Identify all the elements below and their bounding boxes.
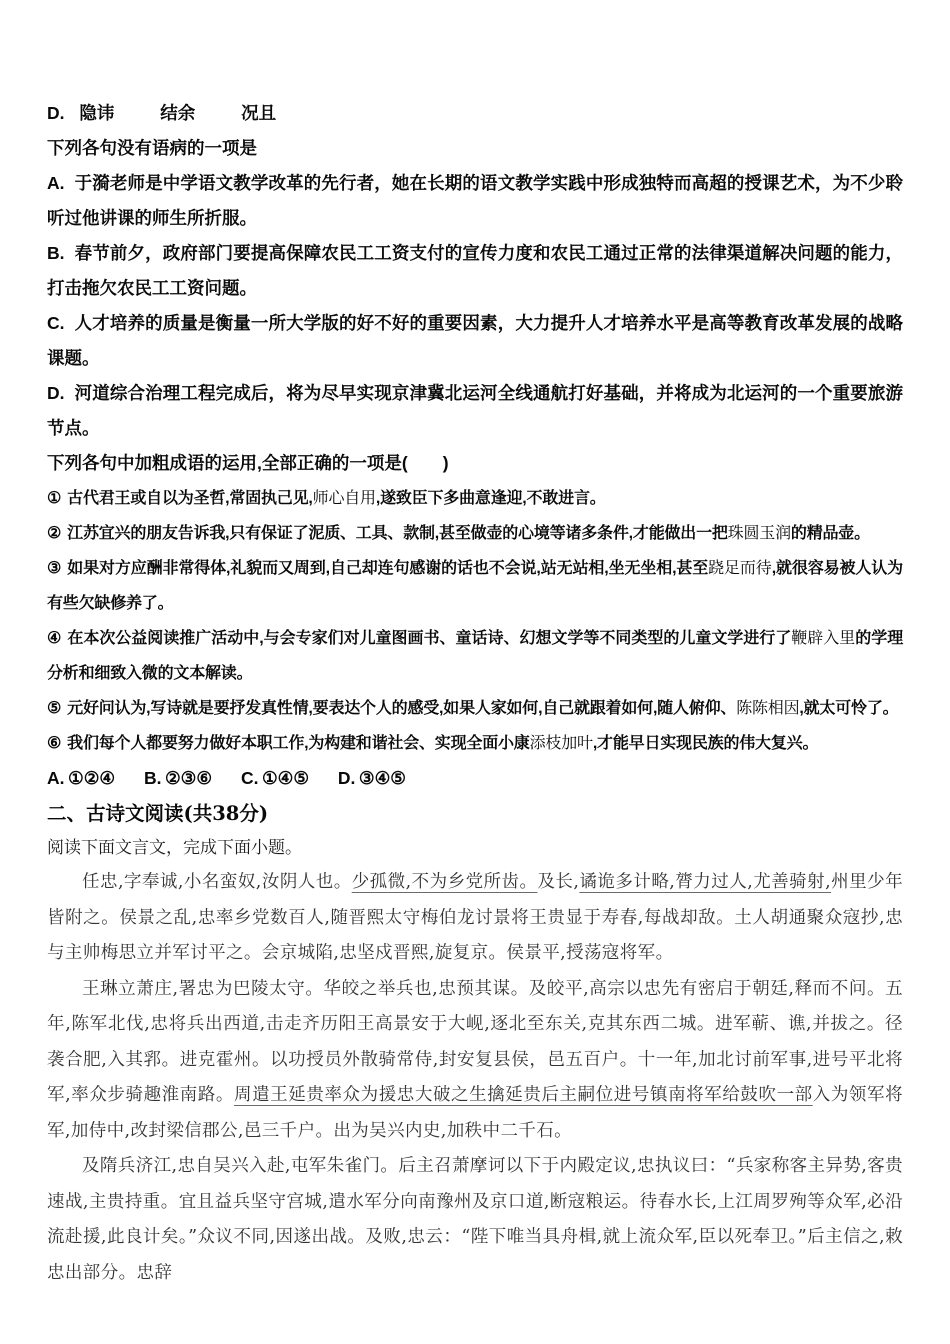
answer-option-d: D. ③④⑤ [338, 768, 406, 788]
passage-text: 任忠,字奉诚,小名蛮奴,汝阴人也。 [82, 872, 352, 892]
grammar-option-b: B.春节前夕，政府部门要提高保障农民工工资支付的宣传力度和农民工通过正常的法律渠… [47, 236, 903, 306]
underlined-sentence-breaking-segment: 周遣王延贵率众为援忠大破之生擒延贵后主嗣位进号镇南将军给鼓吹一部 [234, 1085, 813, 1105]
idiom-item-6: ⑥我们每个人都要努力做好本职工作,为构建和谐社会、实现全面小康添枝加叶,才能早日… [47, 726, 903, 761]
item-number: ② [47, 525, 61, 542]
exam-document-page: D. 隐讳 结余 况且 下列各句没有语病的一项是 A.于漪老师是中学语文教学改革… [0, 0, 950, 1344]
vocab-word-1: 隐讳 [79, 103, 114, 123]
passage-text: 及长, [537, 872, 579, 892]
grammar-option-d: D.河道综合治理工程完成后，将为尽早实现京津冀北运河全线通航打好基础，并将成为北… [47, 376, 903, 446]
answer-label: C. [241, 768, 259, 788]
item-text-post: 的精品壶。 [791, 525, 870, 542]
idiom-item-1: ①古代君王或自以为圣哲,常固执己见,师心自用,遂致臣下多曲意逢迎,不敢进言。 [47, 481, 903, 516]
item-text-post: ,就太可怜了。 [799, 700, 898, 717]
item-text-pre: 如果对方应酬非常得体,礼貌而又周到,自己却连句感谢的话也不会说,站无站相,坐无坐… [67, 560, 708, 577]
idiom-item-2: ②江苏宜兴的朋友告诉我,只有保证了泥质、工具、款制,甚至做壶的心境等诸多条件,才… [47, 516, 903, 551]
answer-label: B. [144, 768, 162, 788]
passage-instruction: 阅读下面文言文，完成下面小题。 [47, 832, 903, 865]
underlined-phrase: 谲诡多计略,膂力过人,尤善骑射, [579, 872, 831, 892]
item-text-pre: 我们每个人都要努力做好本职工作,为构建和谐社会、实现全面小康 [67, 735, 529, 752]
grammar-option-a: A.于漪老师是中学语文教学改革的先行者，她在长期的语文教学实践中形成独特而高超的… [47, 166, 903, 236]
answer-option-c: C. ①④⑤ [241, 768, 309, 788]
item-number: ⑤ [47, 700, 61, 717]
item-text-post: ,遂致臣下多曲意逢迎,不敢进言。 [376, 490, 606, 507]
option-label: B. [47, 243, 65, 263]
item-text-pre: 古代君王或自以为圣哲,常固执己见, [67, 490, 313, 507]
answer-nums: ①④⑤ [262, 768, 309, 788]
option-label: C. [47, 313, 65, 333]
vocab-option-line: D. 隐讳 结余 况且 [47, 96, 903, 131]
item-text-pre: 江苏宜兴的朋友告诉我,只有保证了泥质、工具、款制,甚至做壶的心境等诸多条件,才能… [67, 525, 728, 542]
passage-paragraph-2: 王琳立萧庄,署忠为巴陵太守。华皎之举兵也,忠预其谋。及皎平,高宗以忠先有密启于朝… [47, 972, 903, 1150]
option-text: 于漪老师是中学语文教学改革的先行者，她在长期的语文教学实践中形成独特而高超的授课… [47, 173, 903, 228]
item-text-post: ,才能早日实现民族的伟大复兴。 [593, 735, 818, 752]
underlined-phrase: 少孤微,不为乡党所齿。 [352, 872, 538, 892]
answer-option-a: A. ①②④ [47, 768, 115, 788]
option-text: 人才培养的质量是衡量一所大学版的好不好的重要因素，大力提升人才培养水平是高等教育… [47, 313, 903, 368]
tested-idiom: 陈陈相因 [736, 700, 799, 717]
idiom-question-stem: 下列各句中加粗成语的运用,全部正确的一项是( ) [47, 446, 903, 481]
item-text-pre: 在本次公益阅读推广活动中,与会专家们对儿童图画书、童话诗、幻想文学等不同类型的儿… [67, 630, 791, 647]
grammar-question-stem: 下列各句没有语病的一项是 [47, 131, 903, 166]
answer-label: A. [47, 768, 65, 788]
passage-paragraph-3: 及隋兵济江,忠自吴兴入赴,屯军朱雀门。后主召萧摩诃以下于内殿定议,忠执议曰：“兵… [47, 1149, 903, 1291]
section-heading: 二、古诗文阅读(共38分) [47, 796, 903, 832]
tested-idiom: 跷足而待 [708, 560, 772, 577]
answer-option-b: B. ②③⑥ [144, 768, 212, 788]
vocab-option-label: D. [47, 103, 65, 123]
item-text-pre: 元好问认为,写诗就是要抒发真性情,要表达个人的感受,如果人家如何,自己就跟着如何… [67, 700, 736, 717]
item-number: ③ [47, 560, 61, 577]
vocab-word-2: 结余 [160, 103, 195, 123]
passage-paragraph-1: 任忠,字奉诚,小名蛮奴,汝阴人也。少孤微,不为乡党所齿。及长,谲诡多计略,膂力过… [47, 865, 903, 972]
idiom-answer-line: A. ①②④ B. ②③⑥ C. ①④⑤ D. ③④⑤ [47, 761, 903, 796]
tested-idiom: 珠圆玉润 [728, 525, 791, 542]
idiom-item-5: ⑤元好问认为,写诗就是要抒发真性情,要表达个人的感受,如果人家如何,自己就跟着如… [47, 691, 903, 726]
tested-idiom: 添枝加叶 [530, 735, 593, 752]
option-label: A. [47, 173, 65, 193]
answer-nums: ③④⑤ [359, 768, 406, 788]
tested-idiom: 鞭辟入里 [791, 630, 855, 647]
item-number: ① [47, 490, 61, 507]
answer-nums: ②③⑥ [165, 768, 212, 788]
option-text: 春节前夕，政府部门要提高保障农民工工资支付的宣传力度和农民工通过正常的法律渠道解… [47, 243, 903, 298]
option-label: D. [47, 383, 65, 403]
answer-nums: ①②④ [68, 768, 115, 788]
tested-idiom: 师心自用 [313, 490, 376, 507]
vocab-word-3: 况且 [241, 103, 276, 123]
option-text: 河道综合治理工程完成后，将为尽早实现京津冀北运河全线通航打好基础，并将成为北运河… [47, 383, 903, 438]
item-number: ⑥ [47, 735, 61, 752]
grammar-option-c: C.人才培养的质量是衡量一所大学版的好不好的重要因素，大力提升人才培养水平是高等… [47, 306, 903, 376]
idiom-item-3: ③如果对方应酬非常得体,礼貌而又周到,自己却连句感谢的话也不会说,站无站相,坐无… [47, 551, 903, 621]
idiom-item-4: ④在本次公益阅读推广活动中,与会专家们对儿童图画书、童话诗、幻想文学等不同类型的… [47, 621, 903, 691]
answer-label: D. [338, 768, 356, 788]
item-number: ④ [47, 630, 61, 647]
